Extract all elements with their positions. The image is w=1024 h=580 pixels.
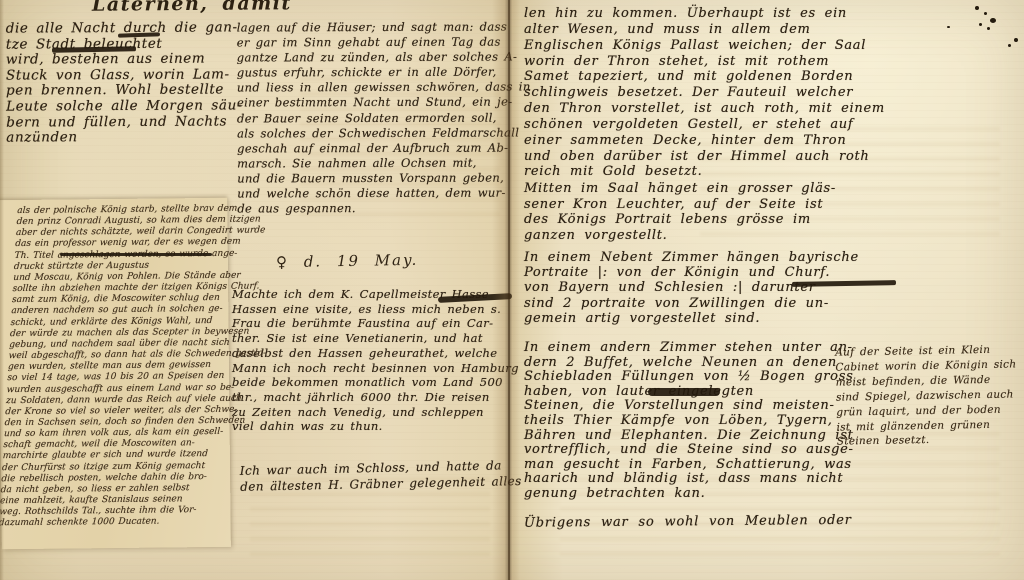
handwritten-line: ther. Sie ist eine Venetianerin, und hat	[232, 331, 512, 346]
handwritten-line: gantze Land zu zünden, als aber solches …	[237, 50, 513, 66]
ink-strikethrough	[60, 253, 212, 256]
manuscript-scan: Laternen, damit die alle Nacht durch die…	[0, 0, 1024, 580]
right-closing-line: Übrigens war so wohl von Meublen oder	[524, 512, 914, 530]
handwritten-line: den Thron vorstellet, ist auch roth, mit…	[524, 101, 914, 117]
handwritten-line: Frau die berühmte Faustina auf ein Car-	[232, 316, 512, 331]
middle-column-paragraph-2: Machte ich dem K. Capellmeister HasseHas…	[232, 287, 512, 434]
book-gutter-fold	[492, 0, 520, 580]
right-paragraph-1: len hin zu kommen. Überhaupt ist es eina…	[524, 6, 914, 180]
handwritten-line: Portraite |: von der Königin und Churf.	[524, 265, 914, 280]
handwritten-line: anzünden	[6, 130, 238, 147]
handwritten-line: sener Kron Leuchter, auf der Seite ist	[524, 197, 914, 213]
ink-speck	[1008, 44, 1011, 47]
handwritten-line: genung betrachten kan.	[524, 487, 914, 502]
handwritten-line: man gesucht in Farben, Schattierung, was	[524, 458, 914, 473]
ink-speck	[990, 18, 996, 23]
handwritten-line: viel dahin was zu thun.	[232, 419, 512, 434]
handwritten-line: Mitten im Saal hänget ein grosser gläs-	[524, 181, 914, 197]
handwritten-line: beide bekommen monatlich vom Land 500	[232, 375, 512, 390]
right-paragraph-2: Mitten im Saal hänget ein grosser gläs-s…	[524, 181, 914, 243]
handwritten-line: Steinen besetzt.	[837, 432, 1017, 450]
handwritten-line: reich mit Gold besetzt.	[524, 164, 914, 180]
handwritten-line: de aus gespannen.	[237, 201, 513, 217]
ink-speck	[947, 26, 950, 28]
left-top-paragraph: die alle Nacht durch die gan-tze Stadt b…	[6, 20, 239, 146]
handwritten-line: In einem Nebent Zimmer hängen bayrische	[524, 250, 914, 265]
middle-column-paragraph-3: Ich war auch im Schloss, und hatte daden…	[240, 458, 513, 495]
date-heading: ♀ d. 19 May.	[276, 251, 419, 271]
handwritten-line: alter Wesen, und muss in allem dem	[524, 22, 914, 38]
ink-speck	[979, 23, 982, 26]
handwritten-line: er gar im Sinn gehabt auf einen Tag das	[237, 35, 513, 51]
handwritten-line: Samet tapeziert, und mit goldenen Borden	[524, 69, 914, 85]
handwritten-line: thr., macht jährlich 6000 thr. Die reise…	[232, 390, 512, 405]
handwritten-line: schönen vergoldeten Gestell, er stehet a…	[524, 117, 914, 133]
handwritten-line: als solches der Schwedischen Feldmarscha…	[237, 125, 513, 141]
ink-speck	[987, 27, 990, 30]
handwritten-line: ganzen vorgestellt.	[524, 228, 914, 244]
handwritten-line: len hin zu kommen. Überhaupt ist es ein	[524, 6, 914, 22]
section-heading: Laternen, damit	[92, 0, 292, 16]
handwritten-line: Hassen eine visite, es liess mich neben …	[232, 302, 512, 317]
handwritten-line: daselbst den Hassen geheurathet, welche	[232, 346, 512, 361]
handwritten-line: Mann ich noch recht besinnen von Hamburg	[232, 361, 512, 376]
page-left-edge	[0, 0, 4, 580]
pasted-margin-slip: als der polnische König starb, stellte b…	[0, 198, 231, 549]
handwritten-line: haarich und bländig ist, dass mans nicht	[524, 472, 914, 487]
handwritten-line: gustus erfuhr, schickte er in alle Dörfe…	[237, 65, 513, 81]
handwritten-line: lagen auf die Häuser; und sagt man: dass	[237, 20, 513, 36]
ink-strikethrough	[648, 388, 720, 396]
handwritten-line: Englischen Königs Pallast weichen; der S…	[524, 38, 914, 54]
gutter-crease-line	[508, 0, 510, 580]
handwritten-line: zu Zeiten nach Venedig, und schleppen	[232, 405, 512, 420]
handwritten-line: dazumahl schenkte 1000 Ducaten.	[0, 516, 217, 529]
middle-column-paragraph-1: lagen auf die Häuser; und sagt man: dass…	[237, 20, 514, 217]
ink-speck	[975, 6, 979, 10]
handwritten-line: schlingweis besetzet. Der Fauteuil welch…	[524, 85, 914, 101]
handwritten-line: einer bestimmten Nacht und Stund, ein je…	[237, 95, 513, 111]
right-paragraph-3: In einem Nebent Zimmer hängen bayrischeP…	[524, 250, 914, 326]
handwritten-line: und oben darüber ist der Himmel auch rot…	[524, 149, 914, 165]
handwritten-line: bern und füllen, und Nachts	[6, 114, 238, 131]
ink-speck	[984, 12, 987, 15]
handwritten-line: der Bauer seine Soldaten ermorden soll,	[237, 110, 513, 126]
handwritten-line: und liess in allen gewissen schwören, da…	[237, 80, 513, 96]
handwritten-line: worin der Thron stehet, ist mit rothem	[524, 54, 914, 70]
handwritten-line: des Königs Portrait lebens grösse im	[524, 212, 914, 228]
handwritten-line: marsch. Sie nahmen alle Ochsen mit,	[237, 155, 513, 171]
ink-speck	[1014, 38, 1018, 42]
handwritten-line: gemein artig vorgestellet sind.	[524, 311, 914, 326]
handwritten-line: und die Bauern mussten Vorspann geben,	[237, 170, 513, 186]
handwritten-line: sind 2 portraite von Zwillingen die un-	[524, 296, 914, 311]
handwritten-line: geschah auf einmal der Aufbruch zum Ab-	[237, 140, 513, 156]
handwritten-line: und welche schön diese hatten, dem wur-	[237, 186, 513, 202]
handwritten-line: einer sammeten Decke, hinter dem Thron	[524, 133, 914, 149]
right-margin-note: Auf der Seite ist ein KleinCabinet worin…	[835, 342, 1017, 449]
